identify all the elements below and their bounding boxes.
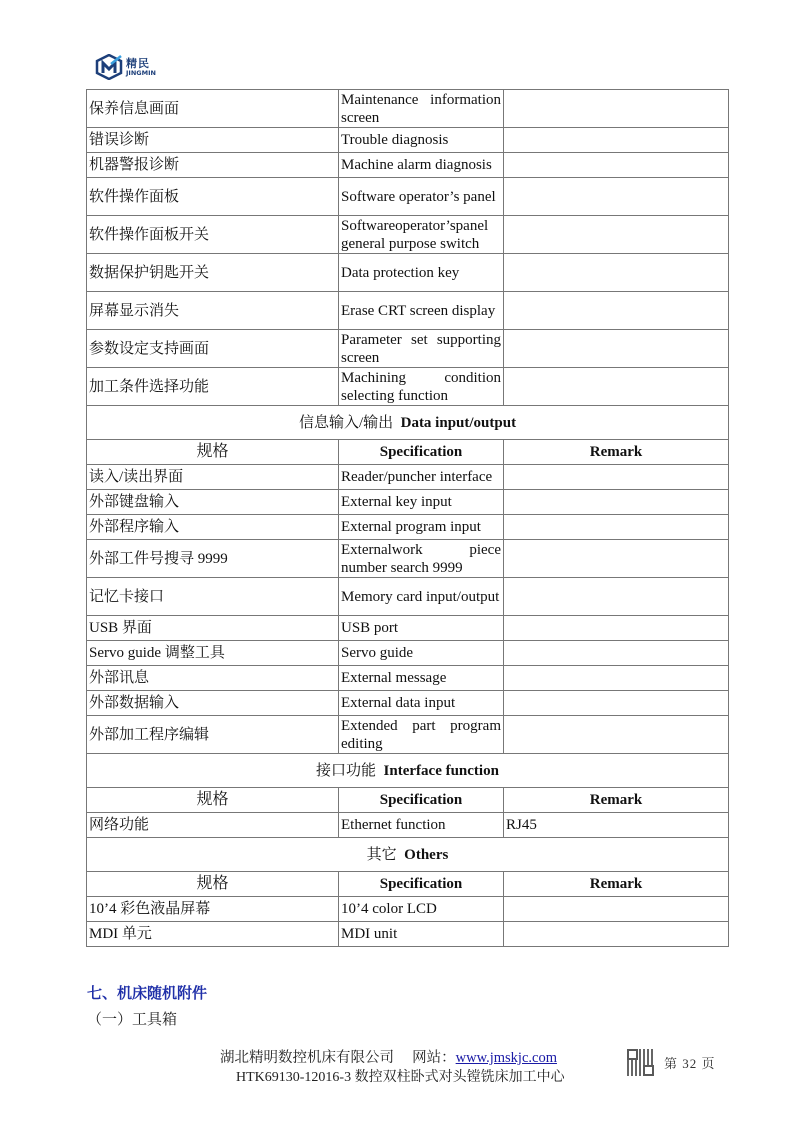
cell-cn: 外部讯息 bbox=[87, 666, 339, 691]
table-row: 外部加工程序编辑 Extended part program editing bbox=[87, 716, 729, 754]
cell-spec: Data protection key bbox=[339, 254, 504, 292]
section-title: 接口功能 Interface function bbox=[87, 754, 729, 788]
table-row: 数据保护钥匙开关 Data protection key bbox=[87, 254, 729, 292]
logo-mark-icon bbox=[95, 54, 123, 80]
table-row: 错误诊断 Trouble diagnosis bbox=[87, 128, 729, 153]
cell-spec: External data input bbox=[339, 691, 504, 716]
column-header-row: 规格 Specification Remark bbox=[87, 788, 729, 813]
cell-spec: Software operator’s panel bbox=[339, 178, 504, 216]
table-row: 软件操作面板开关 Softwareoperator’spanel general… bbox=[87, 216, 729, 254]
cell-spec: Parameter set supporting screen bbox=[339, 330, 504, 368]
cell-cn: 读入/读出界面 bbox=[87, 465, 339, 490]
table-row: 外部程序输入 External program input bbox=[87, 515, 729, 540]
cell-cn: 机器警报诊断 bbox=[87, 153, 339, 178]
cell-remark bbox=[504, 490, 729, 515]
cell-spec: Extended part program editing bbox=[339, 716, 504, 754]
table-row: 软件操作面板 Software operator’s panel bbox=[87, 178, 729, 216]
logo-text-cn: 精民 bbox=[126, 58, 156, 69]
column-header-cn: 规格 bbox=[87, 872, 339, 897]
cell-cn: 外部加工程序编辑 bbox=[87, 716, 339, 754]
section-title-cn: 信息输入/输出 bbox=[299, 415, 393, 431]
section-header-row: 信息输入/输出 Data input/output bbox=[87, 406, 729, 440]
spec-table: 保养信息画面 Maintenance information screen 错误… bbox=[86, 89, 729, 947]
cell-remark bbox=[504, 465, 729, 490]
section-title-cn: 接口功能 bbox=[316, 763, 376, 779]
section-title: 信息输入/输出 Data input/output bbox=[87, 406, 729, 440]
cell-spec: Externalwork piece number search 9999 bbox=[339, 540, 504, 578]
cell-remark bbox=[504, 216, 729, 254]
cell-spec: Memory card input/output bbox=[339, 578, 504, 616]
table-row: 外部工件号搜寻 9999 Externalwork piece number s… bbox=[87, 540, 729, 578]
cell-remark bbox=[504, 616, 729, 641]
cell-cn: 10’4 彩色液晶屏幕 bbox=[87, 897, 339, 922]
cell-remark bbox=[504, 153, 729, 178]
page-number: 第 32 页 bbox=[664, 1053, 716, 1072]
footer-model-line: HTK69130-12016-3 数控双柱卧式对头镗铣床加工中心 bbox=[236, 1066, 565, 1086]
section-title-en: Data input/output bbox=[401, 415, 516, 431]
cell-cn: Servo guide 调整工具 bbox=[87, 641, 339, 666]
cell-spec: Machining condition selecting function bbox=[339, 368, 504, 406]
qr-code-icon bbox=[627, 1049, 654, 1076]
table-row: 记忆卡接口 Memory card input/output bbox=[87, 578, 729, 616]
company-logo: 精民 JINGMIN bbox=[95, 54, 156, 80]
column-header-spec: Specification bbox=[339, 788, 504, 813]
cell-cn: USB 界面 bbox=[87, 616, 339, 641]
cell-cn: 保养信息画面 bbox=[87, 90, 339, 128]
section-title-en: Others bbox=[404, 847, 448, 863]
section-title-cn: 其它 bbox=[367, 847, 397, 863]
table-row: 机器警报诊断 Machine alarm diagnosis bbox=[87, 153, 729, 178]
cell-remark bbox=[504, 178, 729, 216]
cell-remark bbox=[504, 128, 729, 153]
table-row: 外部讯息 External message bbox=[87, 666, 729, 691]
cell-spec: External key input bbox=[339, 490, 504, 515]
cell-remark bbox=[504, 90, 729, 128]
cell-spec: Erase CRT screen display bbox=[339, 292, 504, 330]
table-row: USB 界面 USB port bbox=[87, 616, 729, 641]
table-row: 外部键盘输入 External key input bbox=[87, 490, 729, 515]
cell-remark: RJ45 bbox=[504, 813, 729, 838]
table-row: 网络功能 Ethernet function RJ45 bbox=[87, 813, 729, 838]
table-row: 外部数据输入 External data input bbox=[87, 691, 729, 716]
table-row: Servo guide 调整工具 Servo guide bbox=[87, 641, 729, 666]
section-title: 其它 Others bbox=[87, 838, 729, 872]
cell-spec: MDI unit bbox=[339, 922, 504, 947]
cell-spec: Servo guide bbox=[339, 641, 504, 666]
column-header-spec: Specification bbox=[339, 872, 504, 897]
cell-spec: Ethernet function bbox=[339, 813, 504, 838]
cell-remark bbox=[504, 666, 729, 691]
table-row: 屏幕显示消失 Erase CRT screen display bbox=[87, 292, 729, 330]
column-header-cn: 规格 bbox=[87, 788, 339, 813]
cell-remark bbox=[504, 897, 729, 922]
section-header-row: 接口功能 Interface function bbox=[87, 754, 729, 788]
cell-cn: MDI 单元 bbox=[87, 922, 339, 947]
section-title-en: Interface function bbox=[384, 763, 499, 779]
cell-spec: Reader/puncher interface bbox=[339, 465, 504, 490]
table-row: 保养信息画面 Maintenance information screen bbox=[87, 90, 729, 128]
cell-cn: 外部工件号搜寻 9999 bbox=[87, 540, 339, 578]
chapter-title: 七、机床随机附件 bbox=[87, 982, 207, 1003]
column-header-remark: Remark bbox=[504, 872, 729, 897]
cell-remark bbox=[504, 578, 729, 616]
cell-spec: Softwareoperator’spanel general purpose … bbox=[339, 216, 504, 254]
cell-cn: 加工条件选择功能 bbox=[87, 368, 339, 406]
column-header-remark: Remark bbox=[504, 788, 729, 813]
cell-cn: 外部键盘输入 bbox=[87, 490, 339, 515]
cell-cn: 软件操作面板开关 bbox=[87, 216, 339, 254]
cell-remark bbox=[504, 691, 729, 716]
cell-remark bbox=[504, 922, 729, 947]
cell-remark bbox=[504, 368, 729, 406]
cell-cn: 屏幕显示消失 bbox=[87, 292, 339, 330]
cell-cn: 软件操作面板 bbox=[87, 178, 339, 216]
column-header-row: 规格 Specification Remark bbox=[87, 872, 729, 897]
cell-spec: Trouble diagnosis bbox=[339, 128, 504, 153]
cell-cn: 错误诊断 bbox=[87, 128, 339, 153]
column-header-cn: 规格 bbox=[87, 440, 339, 465]
cell-spec: Maintenance information screen bbox=[339, 90, 504, 128]
cell-cn: 网络功能 bbox=[87, 813, 339, 838]
footer-website-link[interactable]: www.jmskjc.com bbox=[456, 1050, 557, 1066]
table-row: 参数设定支持画面 Parameter set supporting screen bbox=[87, 330, 729, 368]
cell-cn: 数据保护钥匙开关 bbox=[87, 254, 339, 292]
cell-remark bbox=[504, 540, 729, 578]
cell-cn: 外部程序输入 bbox=[87, 515, 339, 540]
table-row: MDI 单元 MDI unit bbox=[87, 922, 729, 947]
cell-cn: 外部数据输入 bbox=[87, 691, 339, 716]
column-header-remark: Remark bbox=[504, 440, 729, 465]
cell-remark bbox=[504, 292, 729, 330]
footer-website-label: 网站： bbox=[412, 1050, 456, 1066]
cell-cn: 参数设定支持画面 bbox=[87, 330, 339, 368]
table-row: 读入/读出界面 Reader/puncher interface bbox=[87, 465, 729, 490]
table-row: 加工条件选择功能 Machining condition selecting f… bbox=[87, 368, 729, 406]
cell-cn: 记忆卡接口 bbox=[87, 578, 339, 616]
cell-remark bbox=[504, 716, 729, 754]
table-row: 10’4 彩色液晶屏幕 10’4 color LCD bbox=[87, 897, 729, 922]
cell-spec: External program input bbox=[339, 515, 504, 540]
cell-spec: External message bbox=[339, 666, 504, 691]
subsection-title: （一）工具箱 bbox=[87, 1008, 177, 1029]
cell-spec: USB port bbox=[339, 616, 504, 641]
logo-text-en: JINGMIN bbox=[126, 69, 156, 77]
cell-remark bbox=[504, 515, 729, 540]
footer-company: 湖北精明数控机床有限公司 bbox=[220, 1050, 394, 1066]
footer-company-line: 湖北精明数控机床有限公司 网站：www.jmskjc.com bbox=[220, 1046, 557, 1067]
cell-remark bbox=[504, 641, 729, 666]
cell-spec: 10’4 color LCD bbox=[339, 897, 504, 922]
cell-remark bbox=[504, 254, 729, 292]
cell-remark bbox=[504, 330, 729, 368]
section-header-row: 其它 Others bbox=[87, 838, 729, 872]
cell-spec: Machine alarm diagnosis bbox=[339, 153, 504, 178]
column-header-row: 规格 Specification Remark bbox=[87, 440, 729, 465]
column-header-spec: Specification bbox=[339, 440, 504, 465]
